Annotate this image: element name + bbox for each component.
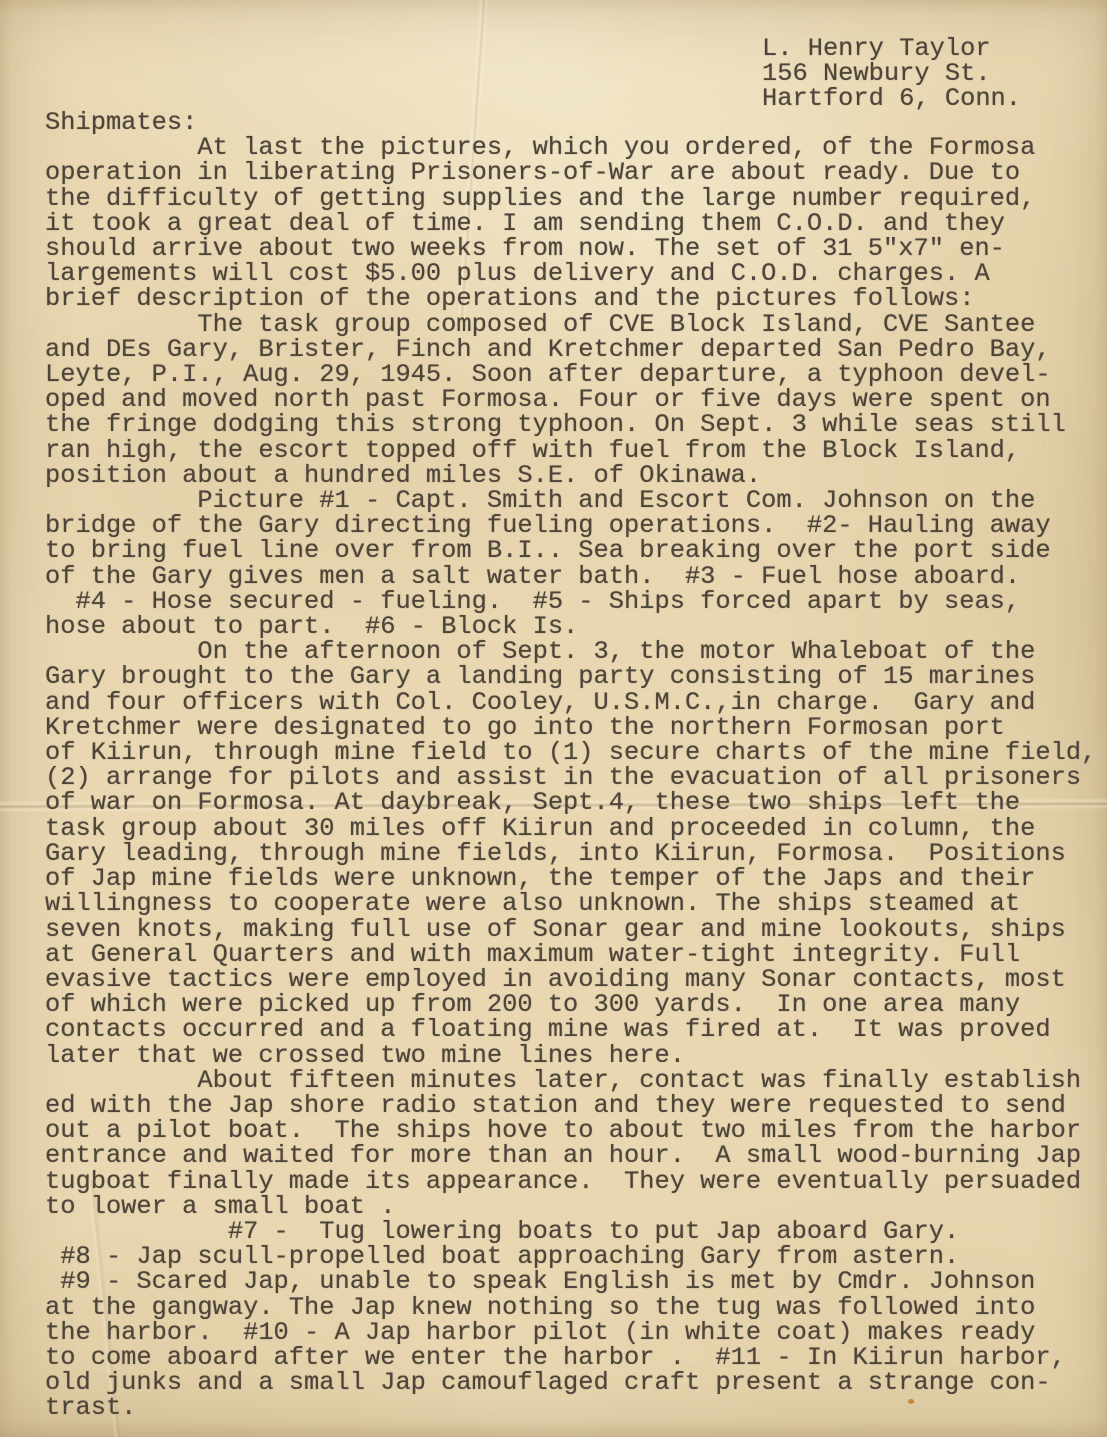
letter-line: Gary brought to the Gary a landing party…: [45, 664, 1107, 689]
letter-line: to bring fuel line over from B.I.. Sea b…: [45, 538, 1107, 563]
letter-line: seven knots, making full use of Sonar ge…: [45, 917, 1107, 942]
letter-line: later that we crossed two mine lines her…: [45, 1043, 1107, 1068]
letter-line: Picture #1 - Capt. Smith and Escort Com.…: [45, 488, 1107, 513]
letter-line: bridge of the Gary directing fueling ope…: [45, 513, 1107, 538]
letter-line: willingness to cooperate were also unkno…: [45, 891, 1107, 916]
letter-line: and four officers with Col. Cooley, U.S.…: [45, 690, 1107, 715]
letter-line: largements will cost $5.00 plus delivery…: [45, 261, 1107, 286]
letter-line: At last the pictures, which you ordered,…: [45, 135, 1107, 160]
letter-line: Kretchmer were designated to go into the…: [45, 715, 1107, 740]
letter-line: task group about 30 miles off Kiirun and…: [45, 816, 1107, 841]
sender-city: Hartford 6, Conn.: [762, 86, 1021, 111]
sender-street: 156 Newbury St.: [762, 61, 1021, 86]
letter-line: to come aboard after we enter the harbor…: [45, 1345, 1107, 1370]
letter-line: #4 - Hose secured - fueling. #5 - Ships …: [45, 589, 1107, 614]
letter-line: brief description of the operations and …: [45, 286, 1107, 311]
letter-line: tugboat finally made its appearance. The…: [45, 1169, 1107, 1194]
letter-line: Gary leading, through mine fields, into …: [45, 841, 1107, 866]
letter-line: the fringe dodging this strong typhoon. …: [45, 412, 1107, 437]
letter-line: the difficulty of getting supplies and t…: [45, 186, 1107, 211]
salutation: Shipmates:: [45, 110, 1107, 135]
letter-line: operation in liberating Prisoners-of-War…: [45, 160, 1107, 185]
letter-line: Leyte, P.I., Aug. 29, 1945. Soon after d…: [45, 362, 1107, 387]
letter-line: evasive tactics were employed in avoidin…: [45, 967, 1107, 992]
letter-line: out a pilot boat. The ships hove to abou…: [45, 1118, 1107, 1143]
letter-line: entrance and waited for more than an hou…: [45, 1143, 1107, 1168]
letter-line: of war on Formosa. At daybreak, Sept.4, …: [45, 790, 1107, 815]
letter-line: at General Quarters and with maximum wat…: [45, 942, 1107, 967]
letter-line: contacts occurred and a floating mine wa…: [45, 1017, 1107, 1042]
letter-page: L. Henry Taylor 156 Newbury St. Hartford…: [0, 0, 1107, 1437]
letter-line: the harbor. #10 - A Jap harbor pilot (in…: [45, 1320, 1107, 1345]
letter-line: On the afternoon of Sept. 3, the motor W…: [45, 639, 1107, 664]
letter-line: trast.: [45, 1395, 1107, 1420]
letter-line: of which were picked up from 200 to 300 …: [45, 992, 1107, 1017]
letter-line: should arrive about two weeks from now. …: [45, 236, 1107, 261]
letter-line: #7 - Tug lowering boats to put Jap aboar…: [45, 1219, 1107, 1244]
letter-line: oped and moved north past Formosa. Four …: [45, 387, 1107, 412]
letter-line: of Jap mine fields were unknown, the tem…: [45, 866, 1107, 891]
letter-body: Shipmates: At last the pictures, which y…: [45, 110, 1107, 1421]
letter-lines: At last the pictures, which you ordered,…: [45, 135, 1107, 1420]
letter-line: position about a hundred miles S.E. of O…: [45, 463, 1107, 488]
letter-line: About fifteen minutes later, contact was…: [45, 1068, 1107, 1093]
letter-line: of the Gary gives men a salt water bath.…: [45, 564, 1107, 589]
sender-name: L. Henry Taylor: [762, 36, 1021, 61]
ink-speck: [908, 1399, 914, 1404]
letter-line: #8 - Jap scull-propelled boat approachin…: [45, 1244, 1107, 1269]
letter-line: old junks and a small Jap camouflaged cr…: [45, 1370, 1107, 1395]
letter-line: hose about to part. #6 - Block Is.: [45, 614, 1107, 639]
letter-line: #9 - Scared Jap, unable to speak English…: [45, 1269, 1107, 1294]
letter-line: to lower a small boat .: [45, 1194, 1107, 1219]
letter-line: of Kiirun, through mine field to (1) sec…: [45, 740, 1107, 765]
letter-line: ran high, the escort topped off with fue…: [45, 438, 1107, 463]
sender-address-block: L. Henry Taylor 156 Newbury St. Hartford…: [762, 36, 1021, 112]
letter-line: (2) arrange for pilots and assist in the…: [45, 765, 1107, 790]
letter-line: The task group composed of CVE Block Isl…: [45, 312, 1107, 337]
letter-line: at the gangway. The Jap knew nothing so …: [45, 1295, 1107, 1320]
letter-line: it took a great deal of time. I am sendi…: [45, 211, 1107, 236]
letter-line: ed with the Jap shore radio station and …: [45, 1093, 1107, 1118]
letter-line: and DEs Gary, Brister, Finch and Kretchm…: [45, 337, 1107, 362]
